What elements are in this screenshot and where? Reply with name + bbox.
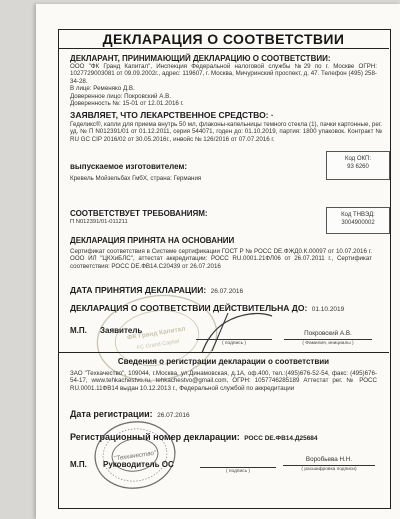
manufacturer-heading: выпускаемое изготовителем: (70, 162, 187, 171)
applicant-name: Покровский А.В. (284, 330, 372, 337)
declarant-person: В лице: Ременяко Д.В. (70, 85, 135, 92)
declarant-attorney: Доверенность №: 15-01 от 12.01.2016 г. (70, 100, 184, 107)
valid-until-value: 01.10.2019 (312, 306, 345, 313)
applicant-signature (192, 303, 282, 355)
declarant-org-text: ООО "ФК Гранд Капитал", Инспекция Федера… (70, 63, 377, 85)
document-title: ДЕКЛАРАЦИЯ О СООТВЕТСТВИИ (58, 31, 389, 48)
product-heading: ЗАЯВЛЯЕТ, ЧТО ЛЕКАРСТВЕННОЕ СРЕДСТВО: · (70, 110, 274, 120)
registrar-name-line: ( расшифровка подписи) (283, 465, 375, 472)
declarant-proxy: Доверенное лицо: Покровский А.В. (70, 93, 171, 100)
registrar-signature-line: ( подпись ) (200, 467, 276, 474)
applicant-signature-line: ( подпись ) (196, 339, 272, 346)
applicant-role-label: Заявитель (100, 326, 142, 335)
registrar-mp-label: М.П. (70, 460, 87, 469)
tnved-label: Код ТНВЭД: (327, 211, 389, 219)
manufacturer-text: Кревель Мойзельбах ГмбХ, страна: Германи… (70, 175, 201, 182)
title-divider (58, 48, 389, 49)
okp-code-box: Код ОКП: 93 6260 (326, 151, 390, 180)
requirements-text: П N012391/01-011211 (70, 219, 128, 225)
tnved-code-box: Код ТНВЭД: 3004900002 (326, 207, 390, 234)
registration-text: ЗАО "Техкачество", 109044, г.Москва, ул.… (70, 370, 377, 392)
okp-value: 93 6260 (327, 163, 389, 171)
basis-heading: ДЕКЛАРАЦИЯ ПРИНЯТА НА ОСНОВАНИИ (70, 236, 234, 245)
applicant-mp-label: М.П. (70, 326, 87, 335)
registrar-name: Воробьева Н.Н. (283, 456, 375, 463)
basis-text: Сертификат соответствия в Системе сертиф… (70, 248, 372, 270)
requirements-heading: СООТВЕТСТВУЕТ ТРЕБОВАНИЯМ: (70, 209, 208, 218)
registration-heading: Сведения о регистрации декларации о соот… (58, 357, 389, 366)
applicant-stamp-line2: FC Grand Capital (136, 339, 179, 352)
product-text: Геделикс®, капли для приема внутрь 50 мл… (70, 121, 382, 143)
applicant-name-line: ( Фамилия, инициалы ) (284, 339, 372, 346)
section-divider (58, 352, 389, 353)
registration-number-value: РОСС DE.ФВ14.Д25684 (244, 435, 317, 442)
registrar-stamp: "Техкачество" (92, 418, 178, 492)
tnved-value: 3004900002 (327, 219, 389, 227)
registrar-role-label: Руководитель ОС (103, 460, 174, 469)
okp-label: Код ОКП: (327, 155, 389, 163)
declarant-heading: ДЕКЛАРАНТ, ПРИНИМАЮЩИЙ ДЕКЛАРАЦИЮ О СООТ… (70, 54, 331, 63)
